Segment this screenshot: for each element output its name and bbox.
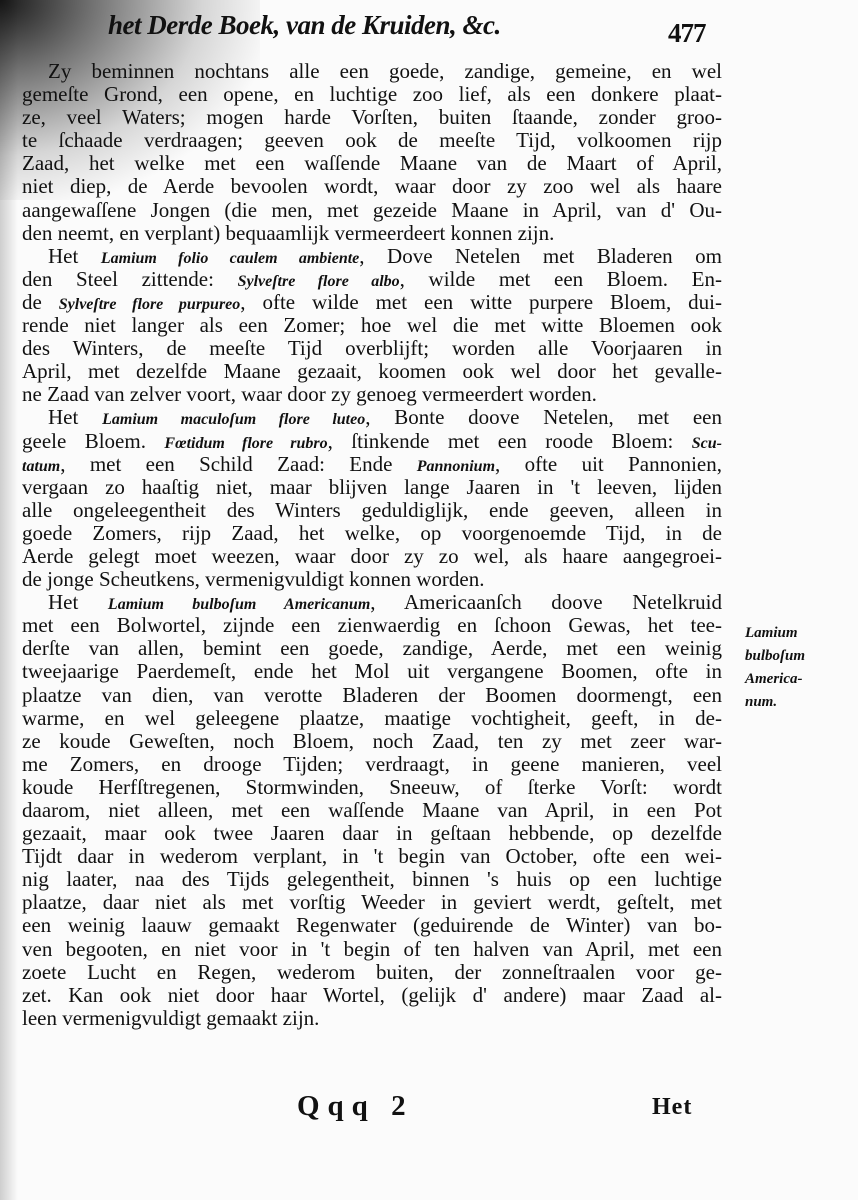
- text-line: Het Lamium maculoſum flore luteo, Bonte …: [22, 406, 722, 429]
- latin-plant-name: Sylveſtre flore albo: [238, 273, 400, 290]
- text-run: Het: [48, 244, 101, 268]
- text-run: de: [22, 290, 59, 314]
- text-run: Zy beminnen nochtans alle een goede, zan…: [48, 59, 722, 83]
- text-line: vergaan zo haaſtig niet, maar blijven la…: [22, 476, 722, 499]
- text-run: ne Zaad van zelver voort, waar door zy g…: [22, 382, 597, 406]
- text-line: tweejaarige Paerdemeſt, ende het Mol uit…: [22, 660, 722, 683]
- text-run: plaatze, daar niet als met vorſtig Weede…: [22, 890, 722, 914]
- text-run: niet diep, de Aerde bevoolen wordt, waar…: [22, 174, 722, 198]
- text-line: gezaait, maar ook twee Jaaren daar in ge…: [22, 822, 722, 845]
- text-line: me Zomers, en drooge Tijden; verdraagt, …: [22, 753, 722, 776]
- text-run: nig laater, naa des Tijds gelegentheit, …: [22, 867, 722, 891]
- text-line: Het Lamium folio caulem ambiente, Dove N…: [22, 245, 722, 268]
- marginal-note: Lamium bulboſum America- num.: [745, 622, 845, 714]
- latin-plant-name: Pannonium: [417, 458, 495, 475]
- page-gutter-shadow: [0, 0, 18, 1200]
- text-run: daarom, niet alleen, met een waſſende Ma…: [22, 798, 722, 822]
- marginal-note-line: num.: [745, 691, 845, 714]
- latin-plant-name: Lamium folio caulem ambiente: [101, 250, 359, 267]
- text-run: Het: [48, 405, 102, 429]
- body-text: Zy beminnen nochtans alle een goede, zan…: [22, 60, 722, 1030]
- text-line: tatum, met een Schild Zaad: Ende Pannoni…: [22, 453, 722, 476]
- text-run: te ſchaade verdraagen; geeven ook de mee…: [22, 128, 722, 152]
- latin-plant-name: Sylveſtre flore purpureo: [59, 296, 241, 313]
- text-line: zet. Kan ook niet door haar Wortel, (gel…: [22, 984, 722, 1007]
- text-line: met een Bolwortel, zijnde een zienwaerdi…: [22, 614, 722, 637]
- text-line: derſte van allen, bemint een goede, zand…: [22, 637, 722, 660]
- marginal-note-line: America-: [745, 668, 845, 691]
- text-run: Het: [48, 590, 108, 614]
- text-run: ven begooten, en niet voor in 't begin o…: [22, 937, 722, 961]
- text-run: zoete Lucht en Regen, wederom buiten, de…: [22, 960, 722, 984]
- text-line: plaatze van dien, van verotte Bladeren d…: [22, 684, 722, 707]
- text-line: daarom, niet alleen, met een waſſende Ma…: [22, 799, 722, 822]
- text-run: alle ongeleegentheit des Winters geduldi…: [22, 498, 722, 522]
- text-line: plaatze, daar niet als met vorſtig Weede…: [22, 891, 722, 914]
- marginal-note-line: Lamium: [745, 622, 845, 645]
- text-run: , ofte wilde met een witte purpere Bloem…: [240, 290, 722, 314]
- catchword: Het: [652, 1094, 692, 1121]
- text-run: , met een Schild Zaad: Ende: [60, 452, 417, 476]
- text-run: den neemt, en verplant) bequaamlijk verm…: [22, 221, 554, 245]
- text-run: Zaad, het welke met een waſſende Maane v…: [22, 151, 722, 175]
- text-run: , ofte uit Pannonien,: [495, 452, 722, 476]
- text-line: leen vermenigvuldigt gemaakt zijn.: [22, 1007, 722, 1030]
- text-run: warme, en wel geleegene plaatze, maatige…: [22, 706, 722, 730]
- text-run: ze, veel Waters; mogen harde Vorſten, bu…: [22, 105, 722, 129]
- text-line: warme, en wel geleegene plaatze, maatige…: [22, 707, 722, 730]
- text-line: April, met dezelfde Maane gezaait, koome…: [22, 360, 722, 383]
- text-run: , Dove Netelen met Bladeren om: [359, 244, 722, 268]
- text-run: aangewaſſene Jongen (die men, met gezeid…: [22, 198, 722, 222]
- text-line: ze koude Geweſten, noch Bloem, noch Zaad…: [22, 730, 722, 753]
- running-head: het Derde Boek, van de Kruiden, &c.: [108, 10, 728, 50]
- text-run: zet. Kan ook niet door haar Wortel, (gel…: [22, 983, 722, 1007]
- marginal-note-line: bulboſum: [745, 645, 845, 668]
- text-line: Zaad, het welke met een waſſende Maane v…: [22, 152, 722, 175]
- text-line: nig laater, naa des Tijds gelegentheit, …: [22, 868, 722, 891]
- text-run: een weinig laauw gemaakt Regenwater (ged…: [22, 913, 722, 937]
- text-run: gemeſte Grond, een opene, en luchtige zo…: [22, 82, 722, 106]
- text-line: ze, veel Waters; mogen harde Vorſten, bu…: [22, 106, 722, 129]
- text-line: des Winters, de meeſte Tijd overblijft; …: [22, 337, 722, 360]
- text-run: , Bonte doove Netelen, met een: [365, 405, 722, 429]
- text-line: rende niet langer als een Zomer; hoe wel…: [22, 314, 722, 337]
- text-run: met een Bolwortel, zijnde een zienwaerdi…: [22, 613, 722, 637]
- text-run: leen vermenigvuldigt gemaakt zijn.: [22, 1006, 319, 1030]
- text-line: ne Zaad van zelver voort, waar door zy g…: [22, 383, 722, 406]
- text-line: te ſchaade verdraagen; geeven ook de mee…: [22, 129, 722, 152]
- text-run: , wilde met een Bloem. En-: [400, 267, 722, 291]
- text-run: koude Herfſtregenen, Stormwinden, Sneeuw…: [22, 775, 722, 799]
- signature-mark: Qqq 2: [297, 1090, 414, 1123]
- text-run: ze koude Geweſten, noch Bloem, noch Zaad…: [22, 729, 722, 753]
- text-line: de Sylveſtre flore purpureo, ofte wilde …: [22, 291, 722, 314]
- text-run: , ſtinkende met een roode Bloem:: [328, 429, 692, 453]
- latin-plant-name: Scu-: [692, 435, 722, 452]
- latin-plant-name: Lamium maculoſum flore luteo: [102, 411, 365, 428]
- page-number: 477: [668, 18, 706, 49]
- text-line: een weinig laauw gemaakt Regenwater (ged…: [22, 914, 722, 937]
- latin-plant-name: Lamium bulboſum Americanum: [108, 596, 370, 613]
- text-line: de jonge Scheutkens, vermenigvuldigt kon…: [22, 568, 722, 591]
- text-line: Aerde gelegt moet weezen, waar door zy z…: [22, 545, 722, 568]
- text-run: plaatze van dien, van verotte Bladeren d…: [22, 683, 722, 707]
- text-run: goede Zomers, rijp Zaad, het welke, op v…: [22, 521, 722, 545]
- text-run: vergaan zo haaſtig niet, maar blijven la…: [22, 475, 722, 499]
- text-line: alle ongeleegentheit des Winters geduldi…: [22, 499, 722, 522]
- text-line: Zy beminnen nochtans alle een goede, zan…: [22, 60, 722, 83]
- latin-plant-name: tatum: [22, 458, 60, 475]
- text-run: derſte van allen, bemint een goede, zand…: [22, 636, 722, 660]
- text-line: den neemt, en verplant) bequaamlijk verm…: [22, 222, 722, 245]
- text-run: tweejaarige Paerdemeſt, ende het Mol uit…: [22, 659, 722, 683]
- text-line: Tijdt daar in wederom verplant, in 't be…: [22, 845, 722, 868]
- text-line: geele Bloem. Fœtidum flore rubro, ſtinke…: [22, 430, 722, 453]
- text-line: niet diep, de Aerde bevoolen wordt, waar…: [22, 175, 722, 198]
- text-run: , Americaanſch doove Netelkruid: [370, 590, 722, 614]
- text-run: des Winters, de meeſte Tijd overblijft; …: [22, 336, 722, 360]
- text-line: goede Zomers, rijp Zaad, het welke, op v…: [22, 522, 722, 545]
- text-run: den Steel zittende:: [22, 267, 238, 291]
- text-line: den Steel zittende: Sylveſtre flore albo…: [22, 268, 722, 291]
- text-run: rende niet langer als een Zomer; hoe wel…: [22, 313, 722, 337]
- text-run: Aerde gelegt moet weezen, waar door zy z…: [22, 544, 722, 568]
- text-run: gezaait, maar ook twee Jaaren daar in ge…: [22, 821, 722, 845]
- text-line: Het Lamium bulboſum Americanum, Americaa…: [22, 591, 722, 614]
- text-line: ven begooten, en niet voor in 't begin o…: [22, 938, 722, 961]
- text-run: Tijdt daar in wederom verplant, in 't be…: [22, 844, 722, 868]
- text-run: April, met dezelfde Maane gezaait, koome…: [22, 359, 722, 383]
- text-line: gemeſte Grond, een opene, en luchtige zo…: [22, 83, 722, 106]
- text-line: aangewaſſene Jongen (die men, met gezeid…: [22, 199, 722, 222]
- text-line: koude Herfſtregenen, Stormwinden, Sneeuw…: [22, 776, 722, 799]
- text-line: zoete Lucht en Regen, wederom buiten, de…: [22, 961, 722, 984]
- text-run: de jonge Scheutkens, vermenigvuldigt kon…: [22, 567, 484, 591]
- text-run: me Zomers, en drooge Tijden; verdraagt, …: [22, 752, 722, 776]
- text-run: geele Bloem.: [22, 429, 164, 453]
- latin-plant-name: Fœtidum flore rubro: [164, 435, 327, 452]
